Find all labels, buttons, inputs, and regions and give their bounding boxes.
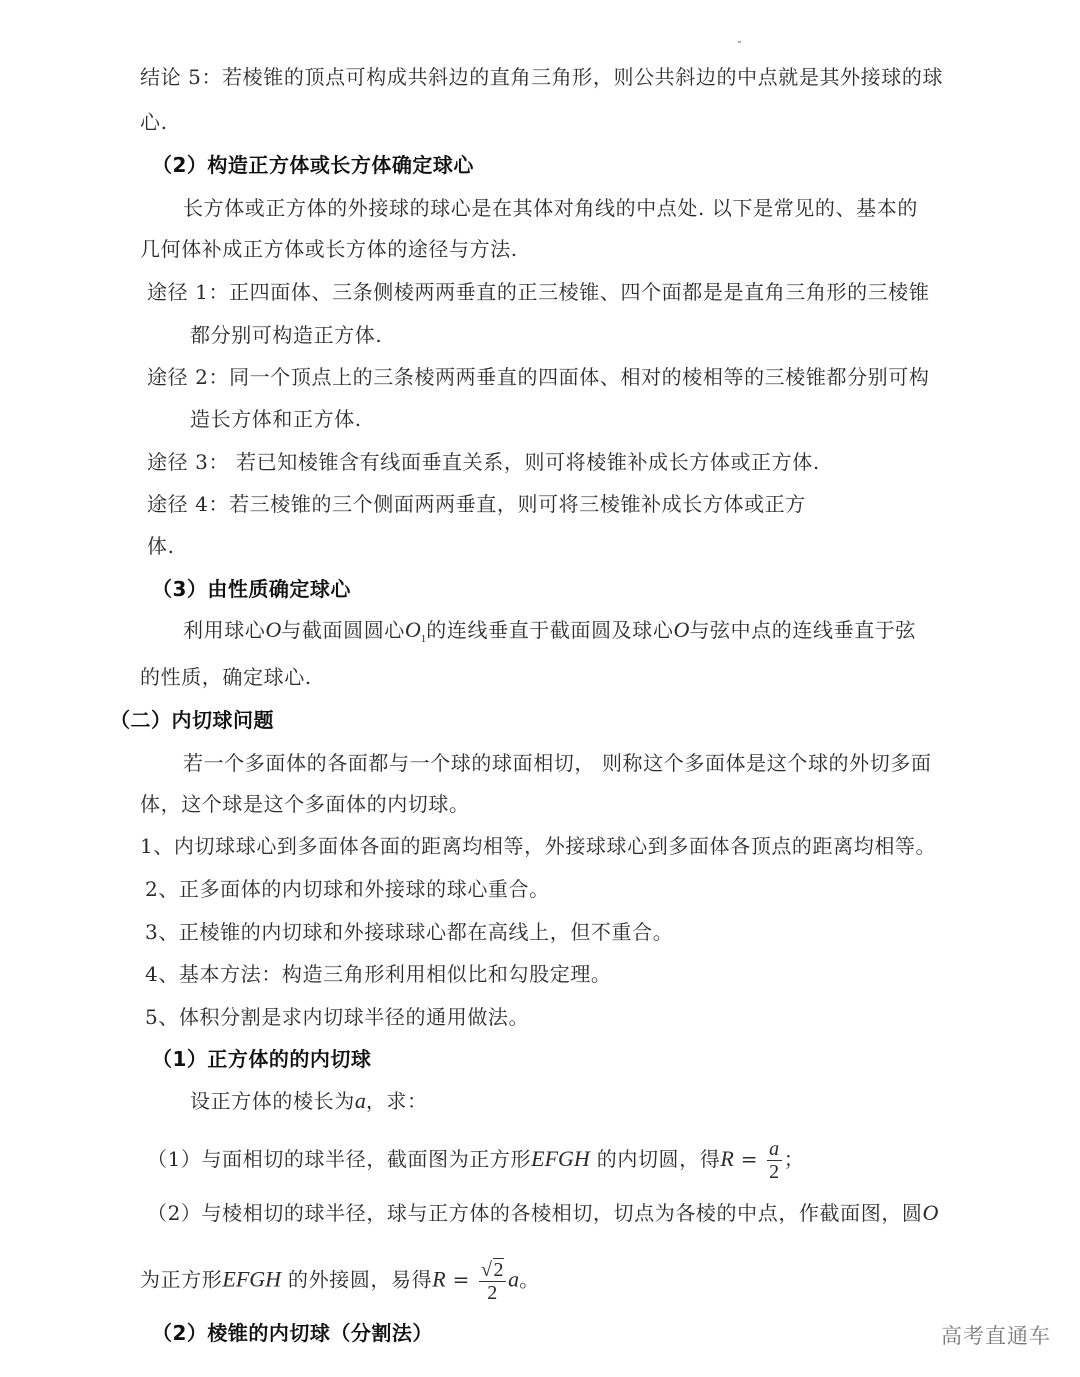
section-2-para-line-2: 几何体补成正方体或长方体的途径与方法. <box>140 234 518 264</box>
cube-case-1: （1）与面相切的球半径，截面图为正方形EFGH 的内切圆，得R = a2； <box>147 1138 804 1183</box>
watermark: 高考直通车 <box>941 1320 1051 1350</box>
route-4-line-2: 体. <box>147 531 175 561</box>
conclusion-5-line-1: 结论 5：若棱锥的顶点可构成共斜边的直角三角形，则公共斜边的中点就是其外接球的球 <box>140 62 943 92</box>
route-2-line-1: 途径 2：同一个顶点上的三条棱两两垂直的四面体、相对的棱相等的三棱锥都分别可构 <box>147 362 929 392</box>
math-EFGH: EFGH <box>222 1267 281 1292</box>
point-2: 2、正多面体的内切球和外接球的球心重合。 <box>145 874 550 904</box>
section-3-para-line-1: 利用球心O与截面圆圆心O1的连线垂直于截面圆及球心O与弦中点的连线垂直于弦 <box>183 615 916 654</box>
math-O: O <box>923 1200 939 1225</box>
math-R: R <box>432 1267 445 1292</box>
inscribed-sphere-heading: （二）内切球问题 <box>110 705 274 735</box>
text: 与弦中点的连线垂直于弦 <box>689 618 916 642</box>
fraction-sqrt2-over-2: √22 <box>479 1258 506 1304</box>
point-5: 5、体积分割是求内切球半径的通用做法。 <box>145 1002 529 1032</box>
math-a: a <box>508 1267 519 1292</box>
route-1-line-2: 都分别可构造正方体. <box>190 320 382 350</box>
point-4: 4、基本方法：构造三角形利用相似比和勾股定理。 <box>145 959 612 989</box>
cube-case-2-line-2: 为正方形EFGH 的外接圆，易得R = √22a。 <box>140 1258 540 1304</box>
point-3: 3、正棱锥的内切球和外接球球心都在高线上，但不重合。 <box>145 917 673 947</box>
conclusion-5-line-2: 心. <box>140 107 168 137</box>
math-O: O <box>265 617 281 642</box>
route-4-line-1: 途径 4：若三棱锥的三个侧面两两垂直，则可将三棱锥补成长方体或正方 <box>147 489 806 519</box>
point-1: 1、内切球球心到多面体各面的距离均相等，外接球球心到多面体各顶点的距离均相等。 <box>140 831 936 861</box>
math-R: R <box>720 1146 733 1171</box>
text: 利用球心 <box>183 618 265 642</box>
text: 与截面圆圆心 <box>281 618 405 642</box>
math-a: a <box>355 1088 366 1113</box>
section-3-para-line-2: 的性质，确定球心. <box>140 662 312 692</box>
math-EFGH: EFGH <box>531 1146 590 1171</box>
section-3-heading: （3）由性质确定球心 <box>152 574 351 604</box>
fraction-a-over-2: a2 <box>767 1138 782 1183</box>
inscribed-intro-line-2: 体，这个球是这个多面体的内切球。 <box>140 789 470 819</box>
cube-heading: （1）正方体的的内切球 <box>152 1044 371 1074</box>
section-2-heading: （2）构造正方体或长方体确定球心 <box>152 150 474 180</box>
section-2-para-line-1: 长方体或正方体的外接球的球心是在其体对角线的中点处. 以下是常见的、基本的 <box>183 193 918 223</box>
route-1-line-1: 途径 1：正四面体、三条侧棱两两垂直的正三棱锥、四个面都是是直角三角形的三棱锥 <box>147 277 929 307</box>
route-2-line-2: 造长方体和正方体. <box>190 404 362 434</box>
math-O1: O1 <box>405 617 426 642</box>
text: 的连线垂直于截面圆及球心 <box>426 618 673 642</box>
inscribed-intro-line-1: 若一个多面体的各面都与一个球的球面相切， 则称这个多面体是这个球的外切多面 <box>183 748 932 778</box>
cube-case-2-line-1: （2）与棱相切的球半径，球与正方体的各棱相切，切点为各棱的中点，作截面图，圆O <box>147 1198 938 1228</box>
route-3-line-1: 途径 3： 若已知棱锥含有线面垂直关系，则可将棱锥补成长方体或正方体. <box>147 447 820 477</box>
cube-setup: 设正方体的棱长为a，求： <box>190 1086 428 1116</box>
scan-speck <box>738 41 741 43</box>
math-O: O <box>674 617 690 642</box>
pyramid-heading: （2）棱锥的内切球（分割法） <box>152 1318 433 1348</box>
